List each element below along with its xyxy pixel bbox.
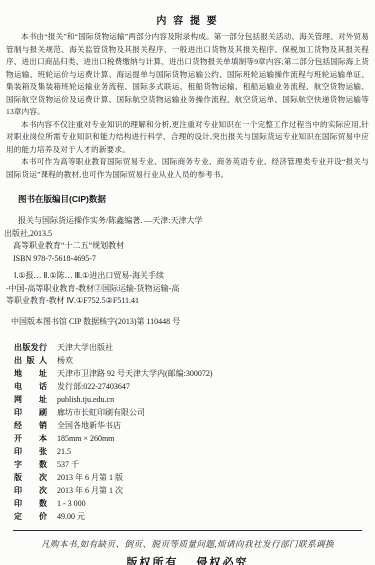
content-summary-paragraph: 本书由“报关”和“国际货物运输”两部分内容及附录构成。第一部分包括报关活动、海关… [6, 31, 369, 119]
colophon-value: 全国各地新华书店 [57, 419, 121, 432]
colophon-value: 杨欢 [57, 354, 73, 367]
colophon-value: publish.tju.edu.cn [57, 393, 114, 406]
colophon-value: 2013 年 6 月第 1 版 [57, 471, 123, 484]
colophon-row: 印次 2013 年 6 月第 1 次 [14, 484, 371, 497]
colophon-row: 出版人 杨欢 [14, 354, 371, 367]
cip-classification-line: Ⅰ.①报… Ⅱ.①陈… Ⅲ.①进出口贸易-海关手续 [14, 270, 371, 283]
colophon-row: 印数 1 - 3 000 [14, 497, 371, 510]
colophon-label: 出版人 [14, 354, 47, 367]
colophon-value: 天津大学出版社 [57, 341, 113, 354]
colophon-row: 开本 185mm × 260mm [14, 432, 371, 445]
colophon-row: 网址 publish.tju.edu.cn [14, 393, 371, 406]
colophon-row: 字数 537 千 [14, 458, 371, 471]
cip-record-line: 中国版本图书馆 CIP 数据核字(2013)第 110448 号 [11, 316, 371, 327]
copyright-right: 侵权必究 [197, 557, 249, 565]
colophon-value: 廊坊市长虹印刷有限公司 [57, 406, 145, 419]
colophon-label: 印刷 [14, 406, 47, 419]
colophon-row: 印张 21.5 [14, 445, 371, 458]
colophon-row: 地址 天津市卫津路 92 号天津大学内(邮编:300072) [14, 367, 371, 380]
colophon-value: 49.00 元 [57, 510, 85, 523]
colophon-label: 定价 [14, 510, 47, 523]
colophon-row: 出版发行 天津大学出版社 [14, 341, 371, 354]
cip-heading: 图书在版编目(CIP)数据 [18, 193, 371, 205]
colophon-label: 开本 [14, 432, 47, 445]
cip-series-line: 高等职业教育“十二五”规划教材 [13, 240, 371, 253]
colophon-label: 印张 [14, 445, 47, 458]
colophon-label: 网址 [14, 393, 47, 406]
colophon-value: 1 - 3 000 [57, 497, 86, 510]
colophon-row: 经销 全国各地新华书店 [14, 419, 371, 432]
colophon-value: 2013 年 6 月第 1 次 [57, 484, 123, 497]
cip-classification-line: -中国-高等职业教育-教材②国际运输-货物运输-高 [6, 283, 371, 296]
quality-notice: 凡购本书,如有缺页、倒页、脱页等质量问题,烦请向我社发行部门联系调换 [4, 538, 371, 550]
colophon-value: 发行部:022-27403647 [57, 380, 130, 393]
colophon-label: 字数 [14, 458, 47, 471]
colophon-row: 印刷 廊坊市长虹印刷有限公司 [14, 406, 371, 419]
colophon-label: 经销 [14, 419, 47, 432]
book-copyright-page: 内 容 提 要 本书由“报关”和“国际货物运输”两部分内容及附录构成。第一部分包… [0, 0, 375, 565]
colophon-label: 出版发行 [14, 341, 47, 354]
divider-rule [13, 530, 362, 531]
content-summary-paragraph: 本书可作为高等职业教育国际贸易专业、国际商务专业、商务英语专业、经济管理类专业开… [6, 156, 369, 181]
colophon-row: 版次 2013 年 6 月第 1 版 [14, 471, 371, 484]
cip-classification-line: 等职业教育-教材 Ⅳ.①F752.5②F511.41 [6, 295, 371, 308]
colophon-row: 电话 发行部:022-27403647 [14, 380, 371, 393]
colophon-label: 印次 [14, 484, 47, 497]
colophon-value: 天津市卫津路 92 号天津大学内(邮编:300072) [57, 367, 213, 380]
copyright-left: 版权所有 [127, 557, 179, 565]
colophon-row: 定价 49.00 元 [14, 510, 371, 523]
colophon-label: 电话 [14, 380, 47, 393]
cip-entry-line: 报关与国际货运操作实务/陈鑫编著. —天津:天津大学 [18, 215, 371, 228]
colophon-label: 地址 [14, 367, 47, 380]
colophon-table: 出版发行 天津大学出版社 出版人 杨欢 地址 天津市卫津路 92 号天津大学内(… [14, 341, 371, 523]
colophon-value: 537 千 [57, 458, 79, 471]
cip-entry: 报关与国际货运操作实务/陈鑫编著. —天津:天津大学 出版社,2013.5 [4, 215, 371, 240]
colophon-label: 印数 [14, 497, 47, 510]
content-summary-paragraph: 本书内容不仅注重对专业知识的理解和分析,更注重对专业知识在一个完整工作过程当中的… [6, 119, 369, 157]
copyright-statement: 版权所有侵权必究 [4, 554, 371, 565]
content-summary-title: 内 容 提 要 [4, 12, 371, 27]
cip-isbn-line: ISBN 978-7-5618-4695-7 [13, 253, 371, 266]
colophon-label: 版次 [14, 471, 47, 484]
cip-entry-line: 出版社,2013.5 [4, 228, 371, 241]
cip-classification: Ⅰ.①报… Ⅱ.①陈… Ⅲ.①进出口贸易-海关手续 -中国-高等职业教育-教材②… [4, 270, 371, 308]
colophon-value: 21.5 [57, 445, 71, 458]
colophon-value: 185mm × 260mm [57, 432, 114, 445]
